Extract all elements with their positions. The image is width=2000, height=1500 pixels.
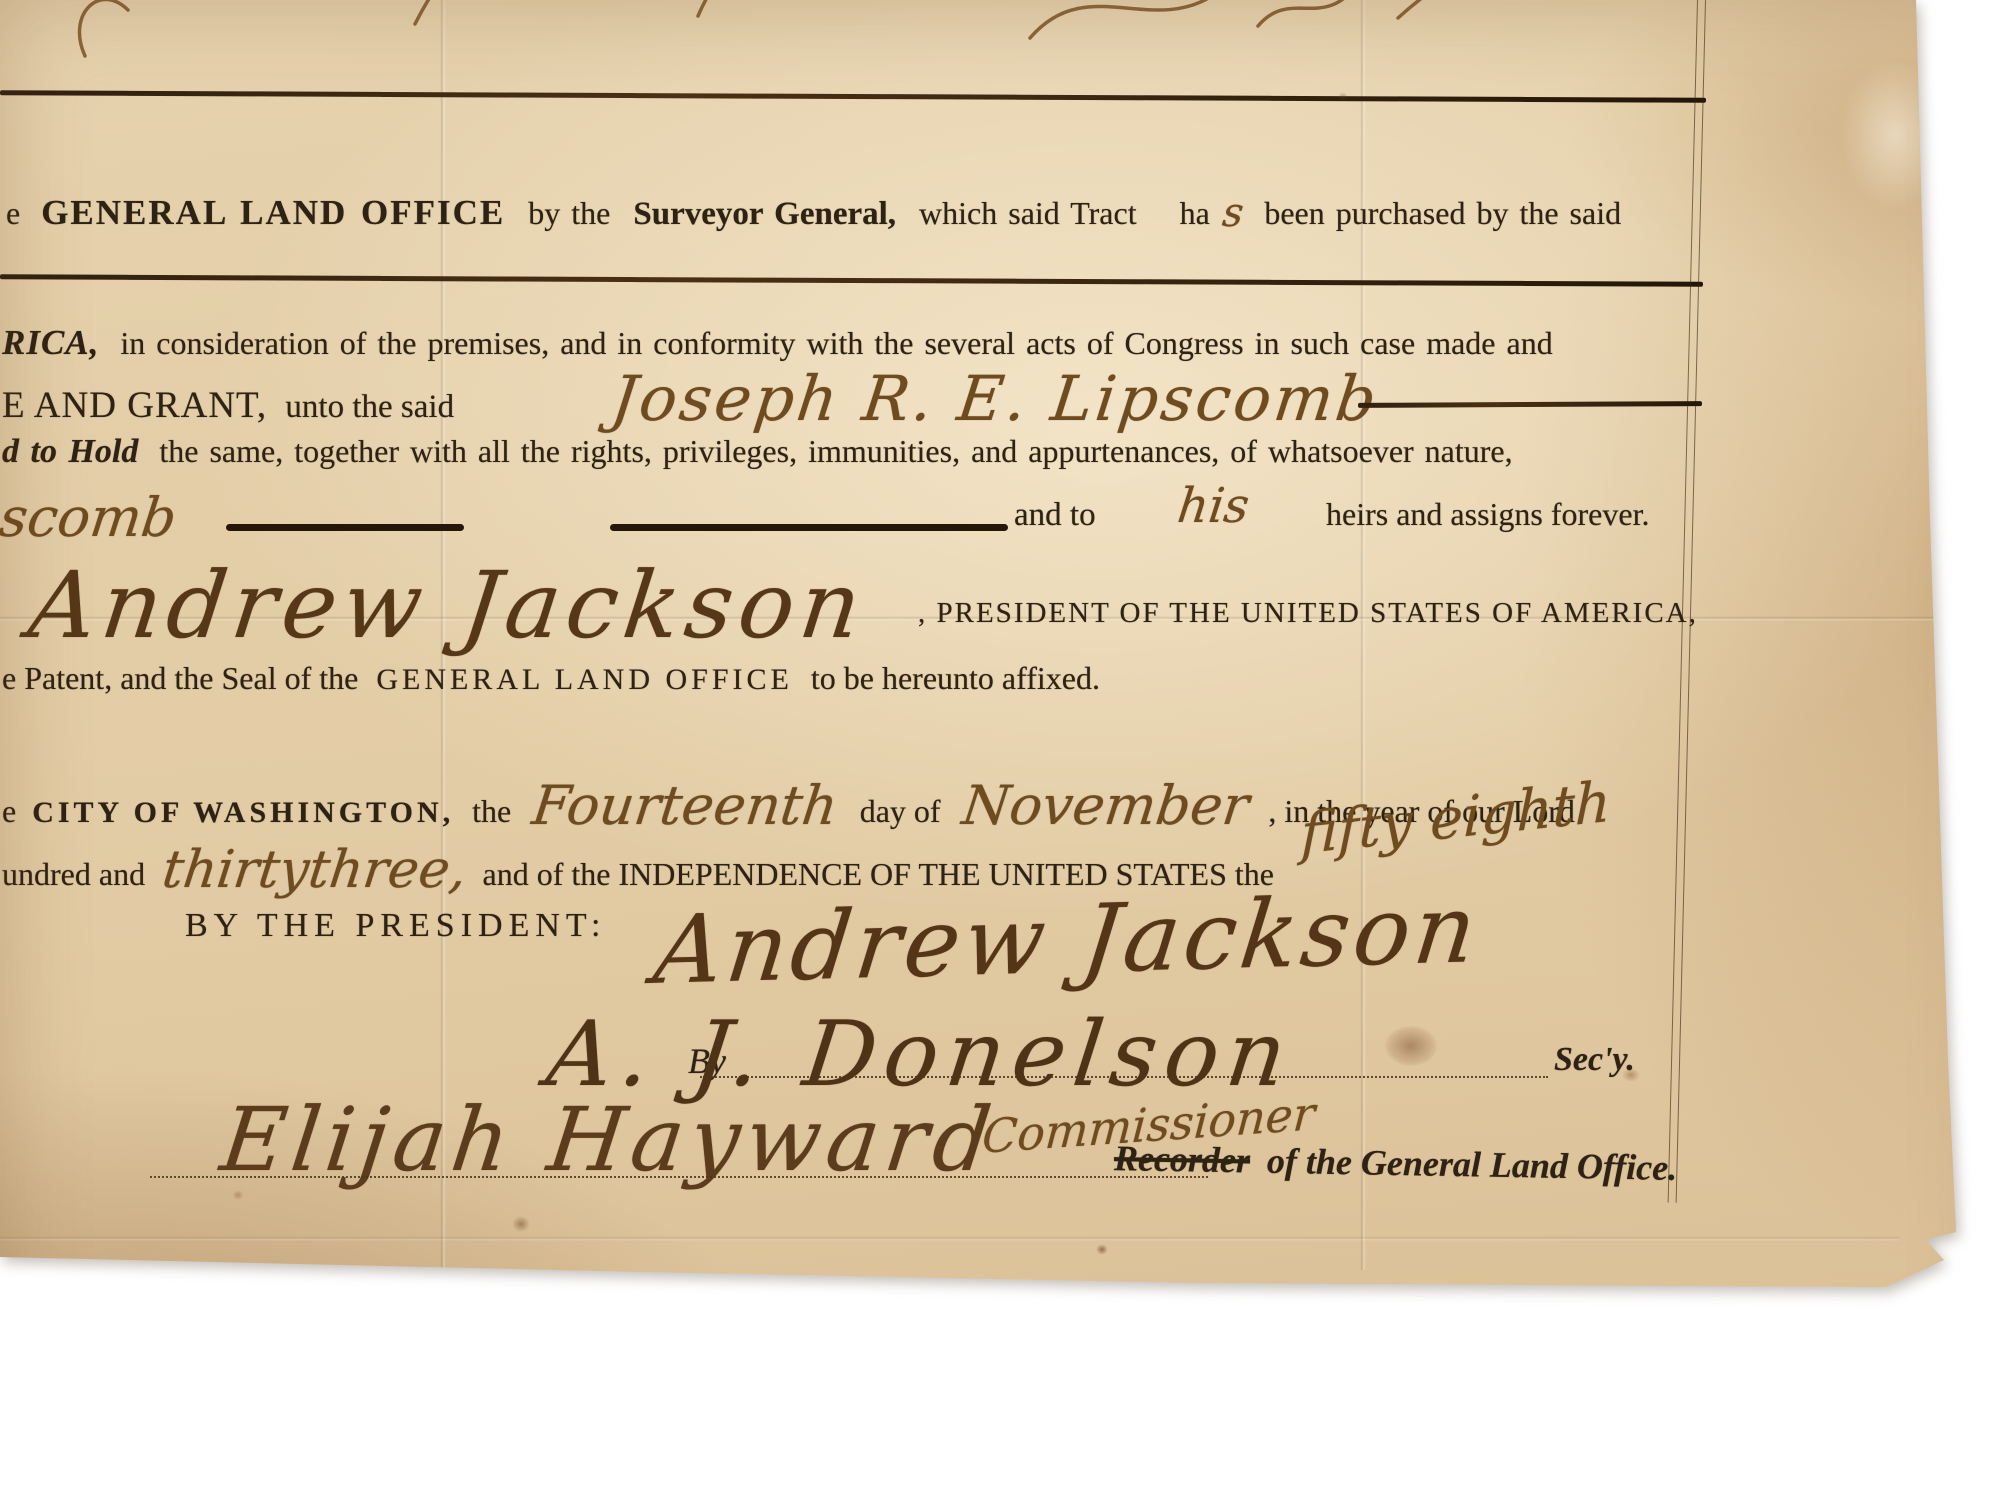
city-of-washington-caps: CITY OF WASHINGTON, [32,796,454,829]
text-segment: which said Tract [919,195,1137,231]
text-segment: and to [1014,497,1096,533]
president-title-label: , PRESIDENT OF THE UNITED STATES OF AMER… [918,596,1698,630]
andrew-jackson-name-handwritten: Andrew Jackson [23,552,872,659]
general-land-office-title: of the General Land Office. [1267,1141,1678,1188]
text-segment: heirs and assigns forever. [1326,496,1649,532]
line-hold: d to Hold the same, together with all th… [2,432,1513,472]
line-tract: e GENERAL LAND OFFICE by the Surveyor Ge… [6,188,1621,235]
text-segment: ha [1180,195,1210,231]
text-segment: in consideration of the premises, and in… [120,325,1552,361]
line-seal: e Patent, and the Seal of the GENERAL LA… [2,660,1100,698]
andrew-jackson-signature: Andrew Jackson [649,875,1485,1006]
light-patch [1840,60,1950,210]
text-segment: to be hereunto affixed. [811,660,1100,696]
fill-in-line [1358,401,1702,408]
text-segment: by the [528,195,610,231]
paper-shadow: e GENERAL LAND OFFICE by the Surveyor Ge… [0,0,2000,1500]
general-land-office-heading: GENERAL LAND OFFICE [41,193,505,232]
text-segment: , PRESIDENT OF THE UNITED STATES OF AMER… [918,597,1698,629]
text-segment: e Patent, and the Seal of the [2,660,358,696]
fox-spot [232,1190,244,1200]
line-consideration: RICA, in consideration of the premises, … [2,322,1553,363]
his-handwritten: his [1175,478,1253,534]
grantee-name-handwritten: Joseph R. E. Lipscomb [608,362,1384,435]
text-fragment: e [2,793,16,829]
text-segment: the [472,793,511,829]
land-patent-document: e GENERAL LAND OFFICE by the Surveyor Ge… [0,0,2000,1500]
fox-spot [512,1216,530,1232]
year-handwritten: thirtythree, [159,840,470,901]
lipscomb-fragment-handwritten: scomb [0,486,180,549]
secretary-title-label: Sec'y. [1554,1040,1635,1080]
ink-dash-line [610,524,1008,531]
fold-crease-horizontal-bottom [0,1236,1900,1241]
surveyor-general-label: Surveyor General, [633,196,896,232]
ink-dash-line [226,524,464,531]
and-to-label: and to [1014,496,1096,535]
text-segment: BY THE PRESIDENT: [185,907,606,944]
signature-dotted-line [150,1176,1208,1178]
fox-spot [1096,1244,1108,1255]
america-bold-fragment: RICA, [2,323,99,362]
text-segment: unto the said [285,389,454,425]
form-rule-second [0,274,1703,286]
recorder-struck-word: Recorder [1114,1138,1251,1180]
handwriting-fragment-strokes [0,0,1600,76]
by-the-president-label: BY THE PRESIDENT: [185,906,606,946]
heirs-assigns-label: heirs and assigns forever. [1326,496,1649,534]
text-segment: Sec'y. [1554,1041,1635,1078]
text-segment: the same, together with all the rights, … [159,433,1512,469]
text-fragment: e [6,195,20,231]
and-grant-caps: E AND GRANT, [2,385,267,426]
general-land-office-caps: GENERAL LAND OFFICE [376,663,793,696]
handwritten-letter-s: s [1220,190,1246,237]
line-grant: E AND GRANT, unto the said [2,384,454,428]
day-handwritten: Fourteenth [529,774,841,838]
form-rule-top [0,90,1706,102]
to-hold-bold-fragment: d to Hold [2,433,138,470]
text-segment: undred and [2,856,145,892]
text-segment: day of [860,793,941,829]
month-handwritten: November [958,774,1252,838]
text-segment: been purchased by the said [1264,195,1621,231]
scan-background: e GENERAL LAND OFFICE by the Surveyor Ge… [0,0,2000,1500]
ink-stain [1385,1026,1437,1066]
recorder-title-line: Recorder of the General Land Office. [1114,1137,1678,1189]
